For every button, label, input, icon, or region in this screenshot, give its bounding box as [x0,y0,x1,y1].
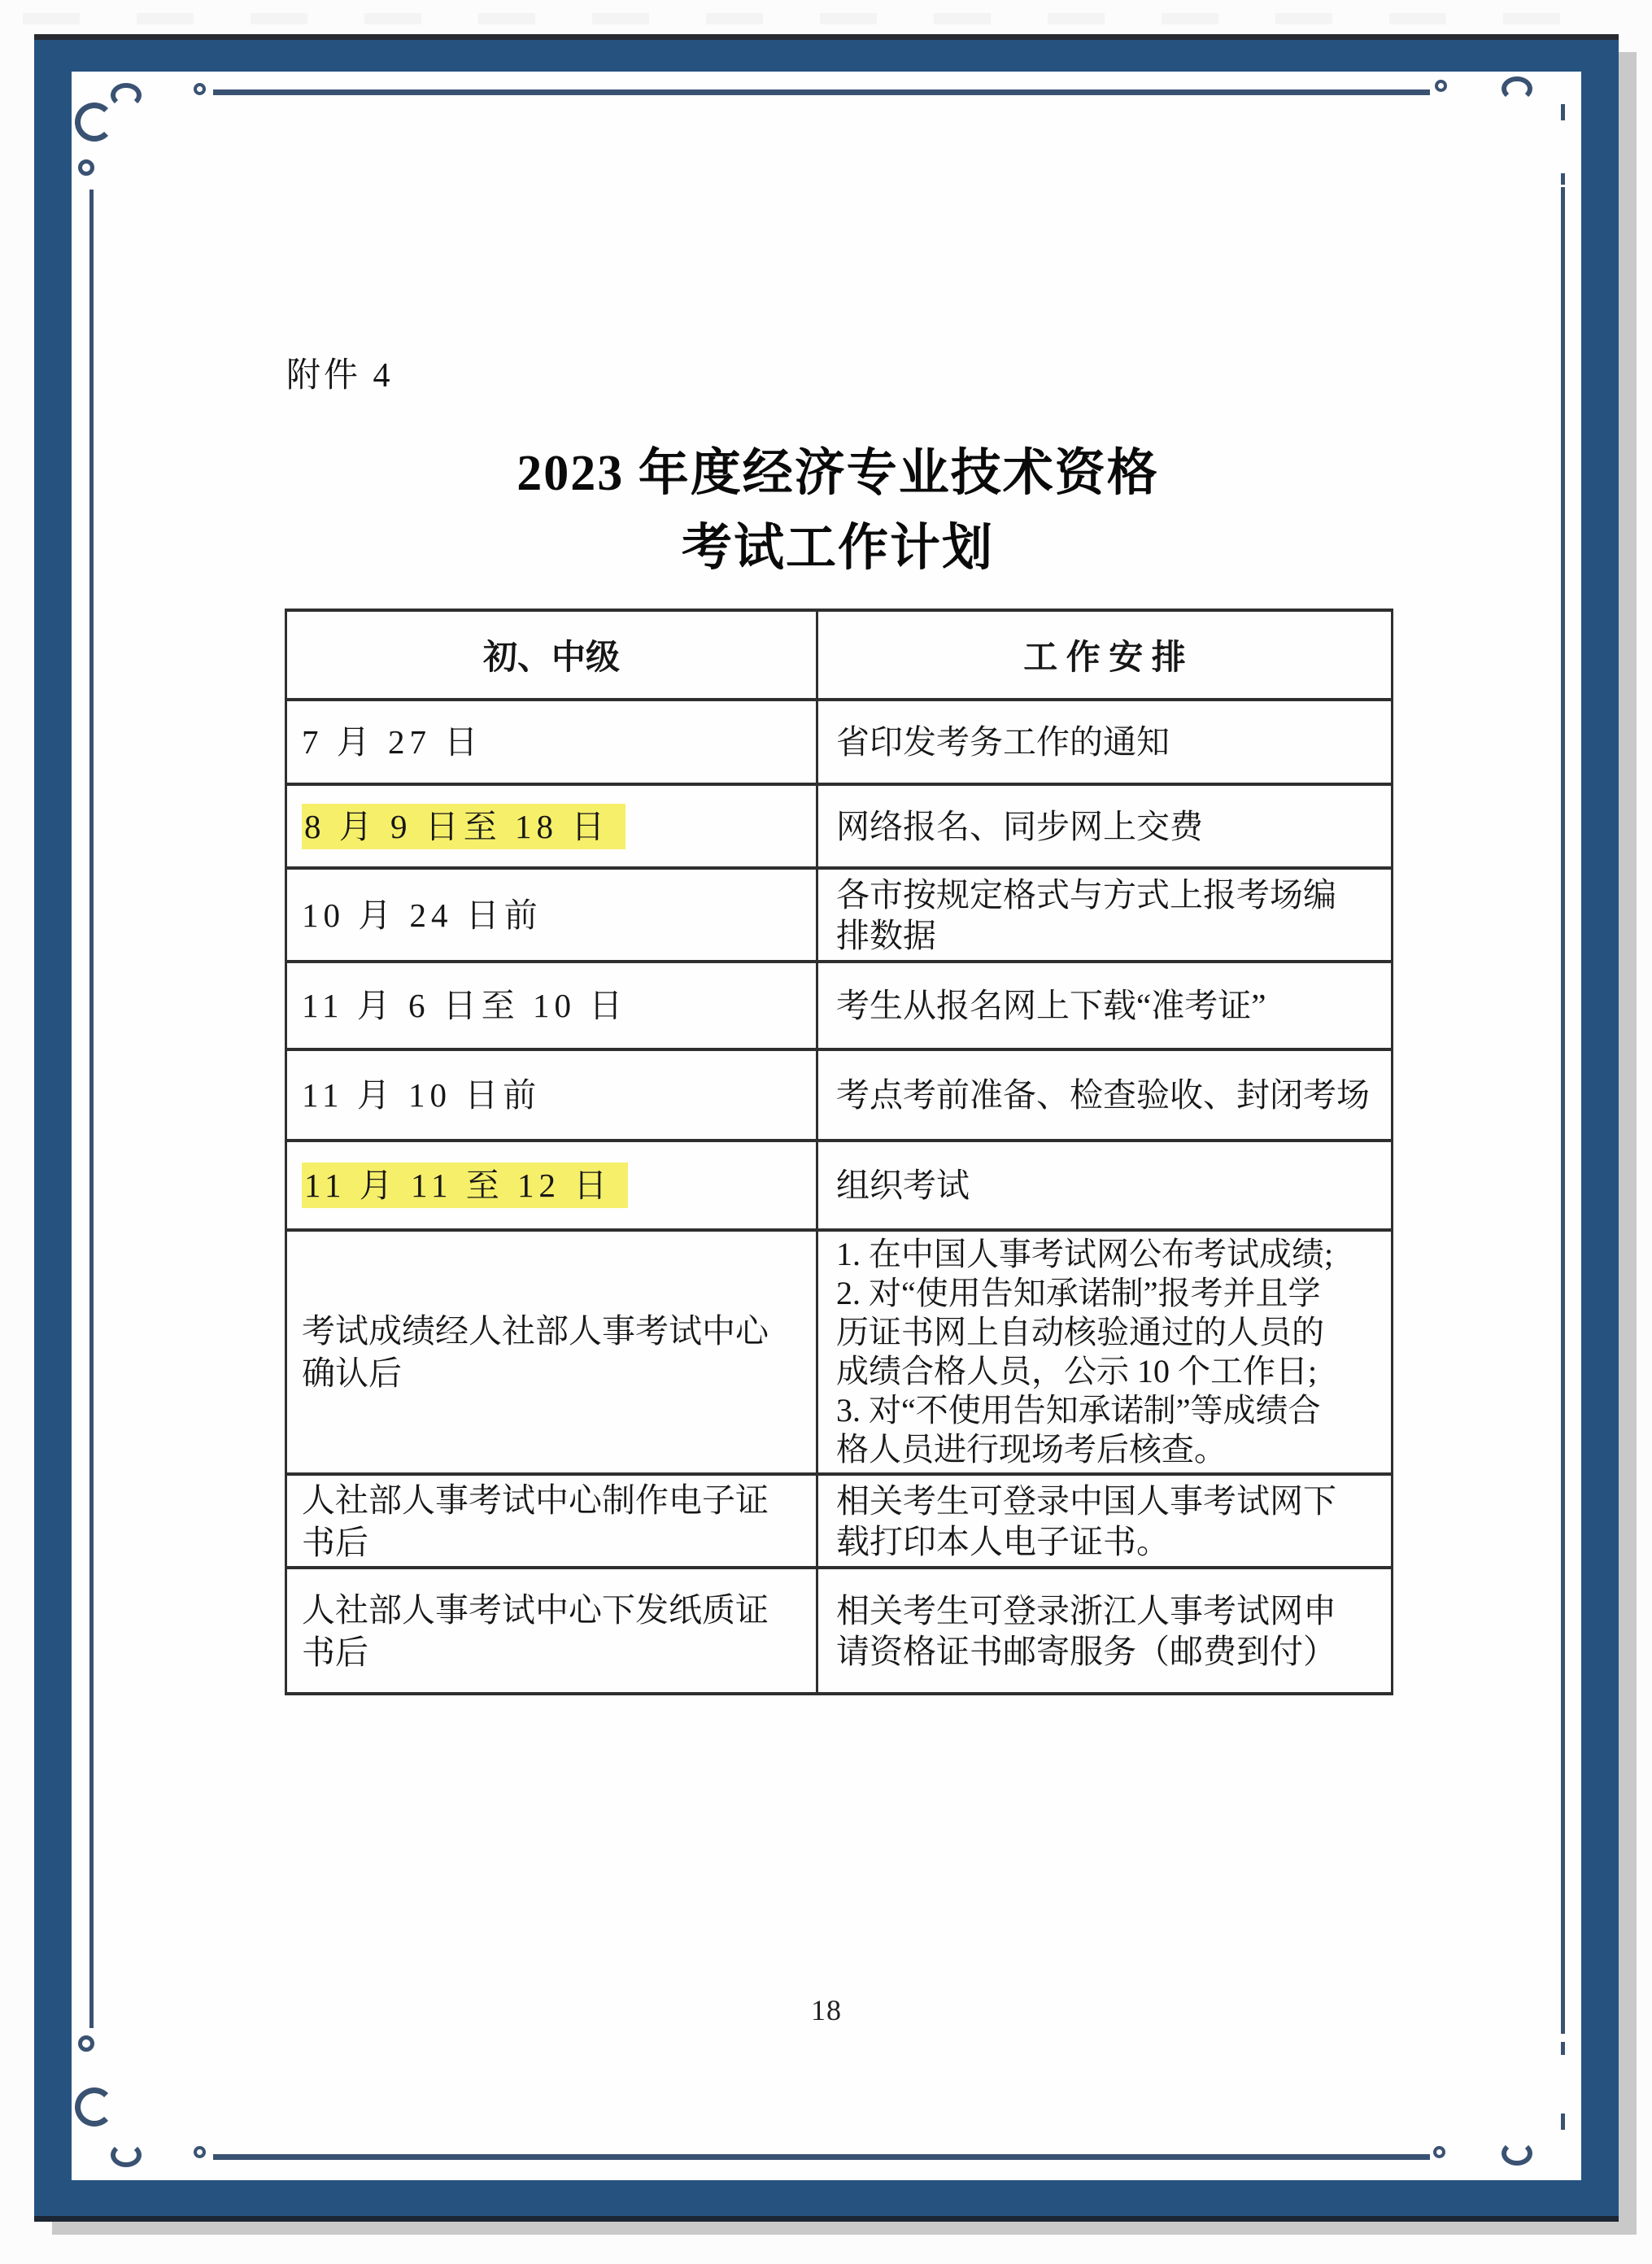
frame-dash-ornament [1561,2114,1565,2130]
table-row: 11 月 11 至 12 日组织考试 [286,1141,1393,1230]
cell-right: 各市按规定格式与方式上报考场编 排数据 [817,868,1393,962]
document-title-line2: 考试工作计划 [244,511,1432,586]
corner-arc-ornament [111,83,142,107]
table-row: 8 月 9 日至 18 日网络报名、同步网上交费 [286,784,1393,868]
cell-left: 11 月 11 至 12 日 [286,1141,817,1230]
table-row: 11 月 10 日前考点考前准备、检查验收、封闭考场 [286,1049,1393,1141]
corner-ring-ornament [1433,2146,1445,2158]
cell-right: 1. 在中国人事考试网公布考试成绩; 2. 对“使用告知承诺制”报考并且学 历证… [817,1230,1393,1474]
corner-ring-ornament [194,83,206,95]
highlighted-date: 8 月 9 日至 18 日 [302,804,625,849]
corner-curl-ornament [75,2087,114,2127]
table-row: 10 月 24 日前各市按规定格式与方式上报考场编 排数据 [286,868,1393,962]
highlighted-date: 11 月 11 至 12 日 [302,1163,628,1208]
scanned-document-page: { "page": { "attachment_label": "附件 4", … [0,0,1652,2264]
table-header-row: 初、中级 工 作 安 排 [286,610,1393,700]
corner-arc-ornament [111,2143,142,2167]
cell-right: 考生从报名网上下载“准考证” [817,962,1393,1049]
cell-left: 10 月 24 日前 [286,868,817,962]
corner-arc-ornament [1502,76,1532,101]
table-row: 7 月 27 日省印发考务工作的通知 [286,700,1393,784]
corner-ring-ornament [194,2146,206,2158]
document-title-line1: 2023 年度经济专业技术资格 [244,436,1432,511]
table-row: 人社部人事考试中心下发纸质证 书后相关考生可登录浙江人事考试网申 请资格证书邮寄… [286,1568,1393,1694]
cell-left: 人社部人事考试中心制作电子证 书后 [286,1474,817,1568]
corner-arc-ornament [1502,2141,1532,2166]
cell-right: 网络报名、同步网上交费 [817,784,1393,868]
cell-left: 考试成绩经人社部人事考试中心 确认后 [286,1230,817,1474]
schedule-table-body: 7 月 27 日省印发考务工作的通知8 月 9 日至 18 日网络报名、同步网上… [286,700,1393,1694]
cell-left: 11 月 10 日前 [286,1049,817,1141]
table-row: 11 月 6 日至 10 日考生从报名网上下载“准考证” [286,962,1393,1049]
corner-ring-ornament [1435,80,1447,92]
table-row: 人社部人事考试中心制作电子证 书后相关考生可登录中国人事考试网下 载打印本人电子… [286,1474,1393,1568]
schedule-table: 初、中级 工 作 安 排 7 月 27 日省印发考务工作的通知8 月 9 日至 … [285,609,1393,1695]
inner-frame-left-line [89,190,94,2028]
corner-curl-ornament [75,103,114,142]
corner-ring-ornament [78,159,94,176]
frame-dash-ornament [1561,104,1565,120]
frame-dash-ornament [1561,173,1565,185]
scan-artifact-strip [23,13,1617,24]
attachment-label: 附件 4 [286,348,394,397]
document-title: 2023 年度经济专业技术资格 考试工作计划 [244,436,1432,586]
inner-frame-right-line [1561,187,1565,2034]
inner-frame-bottom-line [213,2154,1430,2160]
cell-right: 相关考生可登录浙江人事考试网申 请资格证书邮寄服务（邮费到付） [817,1568,1393,1694]
page-number: 18 [72,1993,1581,2027]
cell-right: 考点考前准备、检查验收、封闭考场 [817,1049,1393,1141]
cell-left: 7 月 27 日 [286,700,817,784]
cell-right: 组织考试 [817,1141,1393,1230]
cell-left: 8 月 9 日至 18 日 [286,784,817,868]
header-cell-level: 初、中级 [286,610,817,700]
cell-right: 省印发考务工作的通知 [817,700,1393,784]
header-cell-work: 工 作 安 排 [817,610,1393,700]
frame-dash-ornament [1561,2042,1565,2055]
cell-left: 人社部人事考试中心下发纸质证 书后 [286,1568,817,1694]
inner-frame-top-line [213,89,1430,95]
corner-ring-ornament [78,2035,94,2052]
cell-left: 11 月 6 日至 10 日 [286,962,817,1049]
cell-right: 相关考生可登录中国人事考试网下 载打印本人电子证书。 [817,1474,1393,1568]
table-row: 考试成绩经人社部人事考试中心 确认后1. 在中国人事考试网公布考试成绩; 2. … [286,1230,1393,1474]
